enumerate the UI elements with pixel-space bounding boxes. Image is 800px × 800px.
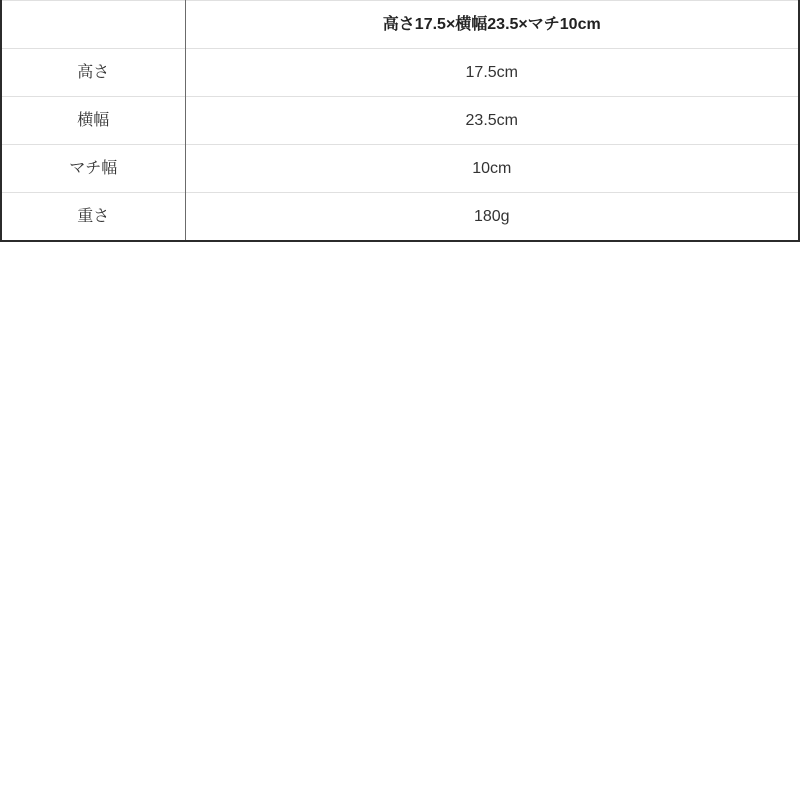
row-label-gusset: マチ幅 <box>1 145 185 193</box>
header-corner-cell <box>1 1 185 49</box>
table-row: 重さ 180g <box>1 193 799 241</box>
table-row: 横幅 23.5cm <box>1 97 799 145</box>
row-value-gusset: 10cm <box>185 145 799 193</box>
page: 高さ17.5×横幅23.5×マチ10cm 高さ 17.5cm 横幅 23.5cm… <box>0 0 800 800</box>
table-row: マチ幅 10cm <box>1 145 799 193</box>
row-label-width: 横幅 <box>1 97 185 145</box>
row-value-height: 17.5cm <box>185 49 799 97</box>
table-header-row: 高さ17.5×横幅23.5×マチ10cm <box>1 1 799 49</box>
row-label-weight: 重さ <box>1 193 185 241</box>
table-row: 高さ 17.5cm <box>1 49 799 97</box>
row-value-width: 23.5cm <box>185 97 799 145</box>
product-spec-table: 高さ17.5×横幅23.5×マチ10cm 高さ 17.5cm 横幅 23.5cm… <box>0 0 800 242</box>
row-label-height: 高さ <box>1 49 185 97</box>
header-title-cell: 高さ17.5×横幅23.5×マチ10cm <box>185 1 799 49</box>
row-value-weight: 180g <box>185 193 799 241</box>
